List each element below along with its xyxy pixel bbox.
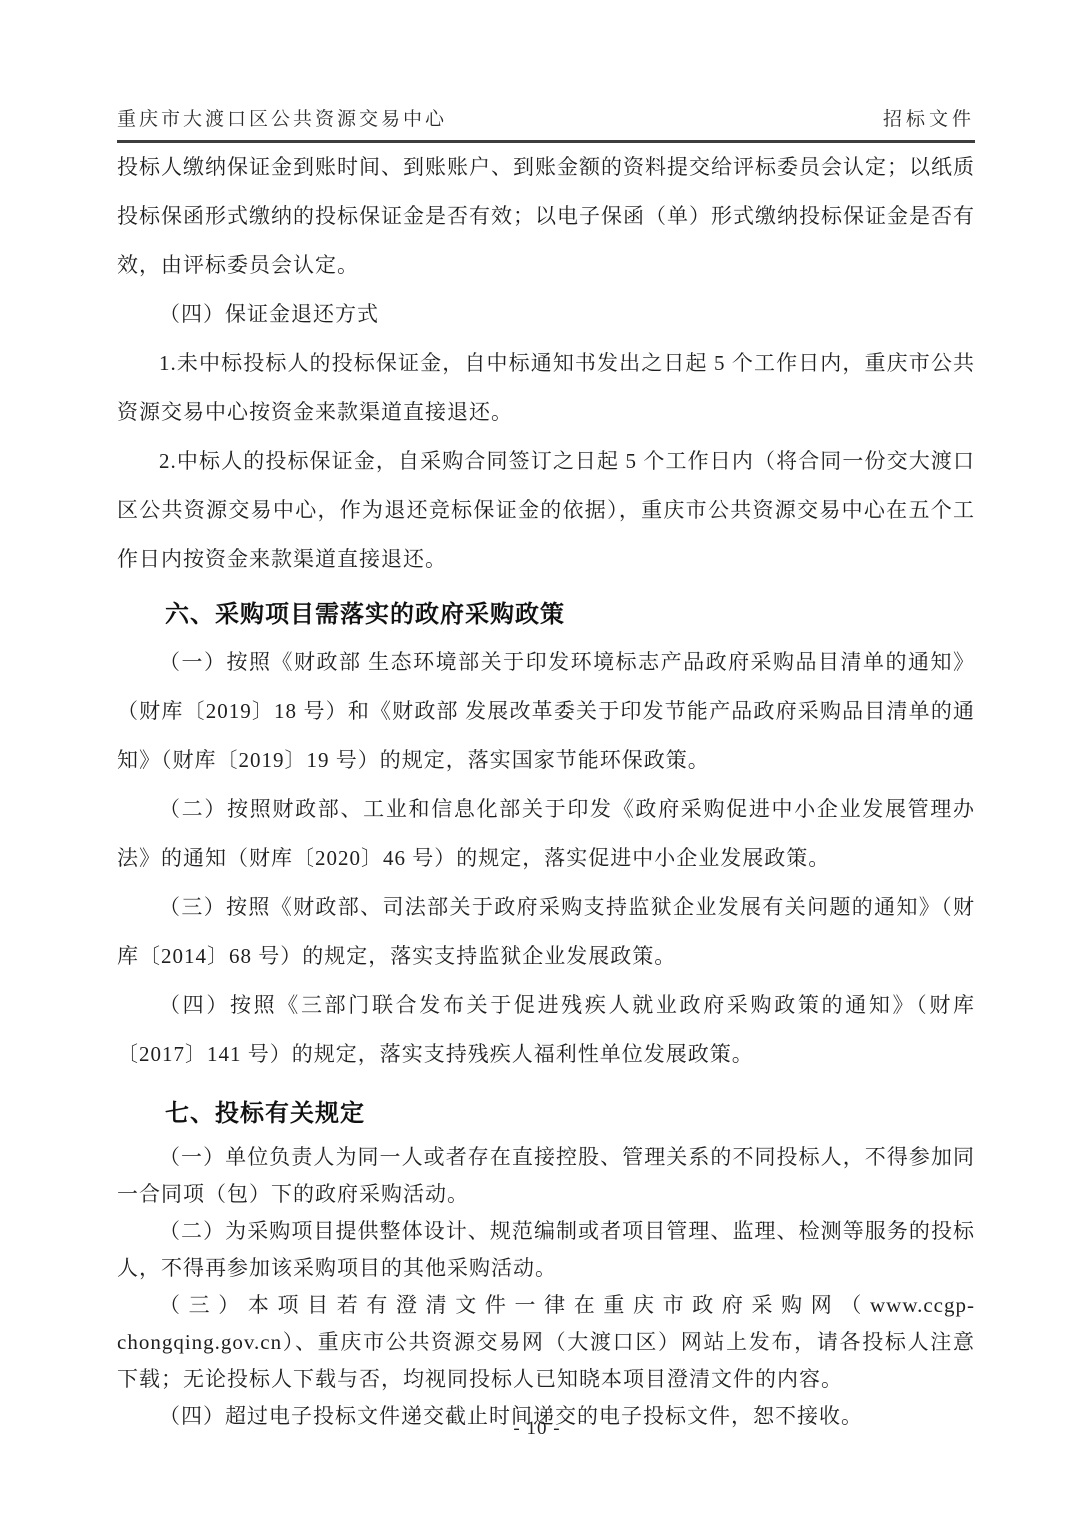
paragraph-policy-disabled-welfare: （四）按照《三部门联合发布关于促进残疾人就业政府采购政策的通知》（财库〔2017… bbox=[117, 981, 975, 1079]
header-org-name: 重庆市大渡口区公共资源交易中心 bbox=[117, 106, 447, 133]
paragraph-refund-unsuccessful-bidder: 1.未中标投标人的投标保证金，自中标通知书发出之日起 5 个工作日内，重庆市公共… bbox=[117, 339, 975, 437]
page-header: 重庆市大渡口区公共资源交易中心 招标文件 bbox=[117, 106, 975, 143]
paragraph-refund-method-title: （四）保证金退还方式 bbox=[117, 290, 975, 339]
page-number: - 10 - bbox=[0, 1418, 1074, 1440]
header-doc-type: 招标文件 bbox=[883, 106, 975, 133]
paragraph-rule-same-responsible-person: （一）单位负责人为同一人或者存在直接控股、管理关系的不同投标人，不得参加同一合同… bbox=[117, 1139, 975, 1213]
paragraph-rule-design-service-provider: （二）为采购项目提供整体设计、规范编制或者项目管理、监理、检测等服务的投标人，不… bbox=[117, 1213, 975, 1287]
section-heading-bidding-rules: 七、投标有关规定 bbox=[117, 1093, 975, 1135]
document-body: 投标人缴纳保证金到账时间、到账账户、到账金额的资料提交给评标委员会认定；以纸质投… bbox=[117, 143, 975, 1435]
paragraph-refund-winning-bidder: 2.中标人的投标保证金，自采购合同签订之日起 5 个工作日内（将合同一份交大渡口… bbox=[117, 437, 975, 584]
paragraph-deposit-determination: 投标人缴纳保证金到账时间、到账账户、到账金额的资料提交给评标委员会认定；以纸质投… bbox=[117, 143, 975, 290]
paragraph-policy-sme: （二）按照财政部、工业和信息化部关于印发《政府采购促进中小企业发展管理办法》的通… bbox=[117, 785, 975, 883]
paragraph-policy-environment: （一）按照《财政部 生态环境部关于印发环境标志产品政府采购品目清单的通知》（财库… bbox=[117, 638, 975, 785]
document-page: 重庆市大渡口区公共资源交易中心 招标文件 投标人缴纳保证金到账时间、到账账户、到… bbox=[0, 0, 1074, 1520]
paragraph-policy-prison-enterprise: （三）按照《财政部、司法部关于政府采购支持监狱企业发展有关问题的通知》（财库〔2… bbox=[117, 883, 975, 981]
section-heading-procurement-policy: 六、采购项目需落实的政府采购政策 bbox=[117, 594, 975, 636]
paragraph-rule-clarification-documents: （三）本项目若有澄清文件一律在重庆市政府采购网（www.ccgp-chongqi… bbox=[117, 1287, 975, 1398]
